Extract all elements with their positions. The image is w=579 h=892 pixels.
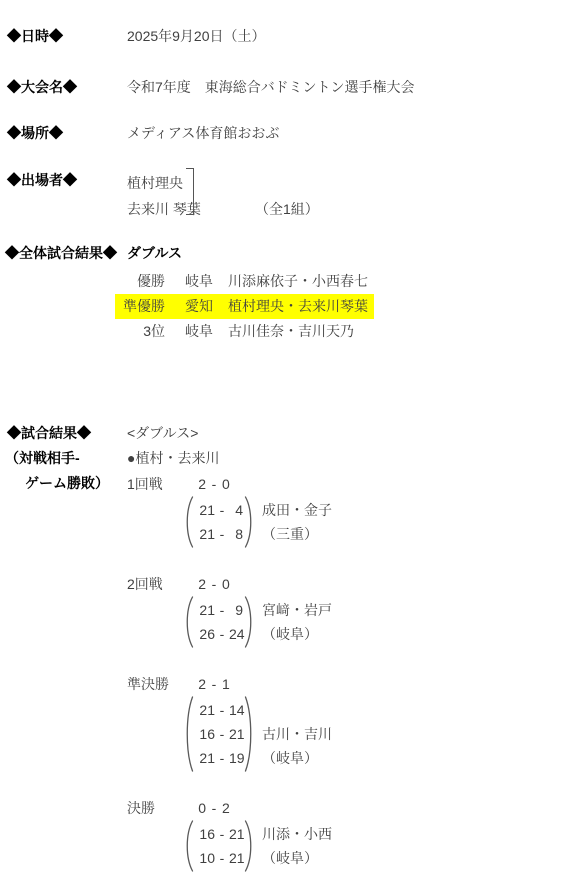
round-label: 決勝	[127, 795, 182, 822]
prefecture-cell: 愛知	[185, 294, 213, 319]
match-header: 2回戦 2 - 0	[127, 571, 332, 598]
game-score-right: 19	[229, 746, 243, 770]
opponent-name: 宮﨑・岩戸	[262, 598, 332, 622]
game-score-row: 21 - 8	[195, 522, 243, 546]
match-block-semifinal: 準決勝 2 - 1 21 - 14 16 - 21	[127, 671, 332, 770]
game-score-row: 21 - 19	[195, 746, 243, 770]
venue-label: ◆場所◆	[7, 123, 63, 143]
opponent-name: 成田・金子	[262, 498, 332, 522]
match-body: 16 - 21 10 - 21 川添・小西 （岐阜）	[182, 822, 332, 870]
game-score-right: 24	[229, 622, 243, 646]
match-body: 21 - 9 26 - 24 宮﨑・岩戸 （岐阜）	[182, 598, 332, 646]
opponent-prefecture: （岐阜）	[262, 846, 332, 870]
match-results-labels: ◆試合結果◆ （対戦相手- ゲーム勝敗）	[5, 421, 109, 496]
game-score-right: 4	[229, 498, 243, 522]
prefecture-cell: 岐阜	[185, 269, 213, 294]
date-label: ◆日時◆	[7, 26, 63, 46]
game-score-left: 21	[195, 698, 215, 722]
opponent-name: 古川・吉川	[262, 722, 332, 746]
match-results-label: ◆試合結果◆	[5, 421, 109, 446]
score-separator: -	[206, 471, 222, 498]
overall-results-label: ◆全体試合結果◆	[5, 243, 117, 263]
game-score-row: 21 - 4	[195, 498, 243, 522]
score-separator: -	[215, 846, 229, 870]
match-score-summary-left: 2	[182, 571, 206, 598]
opponent-spacer	[262, 698, 332, 722]
score-separator: -	[215, 522, 229, 546]
match-score-summary-right: 0	[222, 471, 230, 498]
close-paren-icon	[243, 495, 256, 549]
game-score-right: 8	[229, 522, 243, 546]
players-cell: 古川佳奈・吉川天乃	[228, 319, 354, 344]
rank-cell: 準優勝	[115, 294, 165, 319]
game-score-left: 21	[195, 598, 215, 622]
match-score-summary-left: 0	[182, 795, 206, 822]
close-paren-icon	[243, 595, 256, 649]
date-value: 2025年9月20日（土）	[127, 26, 266, 46]
match-category: <ダブルス>	[127, 421, 332, 446]
open-paren-icon	[182, 595, 195, 649]
match-score-summary-right: 0	[222, 571, 230, 598]
rank-cell: 優勝	[115, 269, 165, 294]
tournament-name-value: 令和7年度 東海総合バドミントン選手権大会	[127, 77, 415, 97]
match-header: 決勝 0 - 2	[127, 795, 332, 822]
match-body: 21 - 4 21 - 8 成田・金子 （三重）	[182, 498, 332, 546]
score-separator: -	[215, 598, 229, 622]
score-separator: -	[215, 822, 229, 846]
match-results-content: <ダブルス> ●植村・去来川 1回戦 2 - 0 21 - 4 2	[127, 421, 332, 892]
overall-results-table: ダブルス 優勝 岐阜 川添麻依子・小西春七 準優勝 愛知 植村理央・去来川琴葉 …	[115, 243, 374, 344]
tournament-name-label: ◆大会名◆	[7, 77, 77, 97]
open-paren-icon	[182, 695, 195, 773]
open-paren-icon	[182, 819, 195, 873]
game-score-right: 9	[229, 598, 243, 622]
players-cell: 植村理央・去来川琴葉	[228, 294, 368, 319]
game-score-row: 10 - 21	[195, 846, 243, 870]
game-score-row: 21 - 14	[195, 698, 243, 722]
tournament-report-page: { "colors": { "highlight": "#ffff00", "b…	[0, 0, 579, 892]
round-label: 準決勝	[127, 671, 182, 698]
match-body: 21 - 14 16 - 21 21 - 19	[182, 698, 332, 770]
game-scores: 21 - 14 16 - 21 21 - 19	[195, 698, 243, 770]
opponent-info: 川添・小西 （岐阜）	[262, 822, 332, 870]
opponent-prefecture: （岐阜）	[262, 622, 332, 646]
game-score-left: 16	[195, 822, 215, 846]
result-row-first: 優勝 岐阜 川添麻依子・小西春七	[115, 269, 374, 294]
game-score-right: 21	[229, 846, 243, 870]
game-score-right: 14	[229, 698, 243, 722]
participants-list: 植村理央 去来川 琴葉 （全1組）	[127, 170, 201, 222]
open-paren-icon	[182, 495, 195, 549]
game-score-left: 21	[195, 498, 215, 522]
game-score-row: 21 - 9	[195, 598, 243, 622]
game-score-left: 10	[195, 846, 215, 870]
match-block-final: 決勝 0 - 2 16 - 21 10 - 21	[127, 795, 332, 870]
players-cell: 川添麻依子・小西春七	[228, 269, 368, 294]
game-score-left: 16	[195, 722, 215, 746]
game-scores: 21 - 4 21 - 8	[195, 498, 243, 546]
venue-value: メディアス体育館おおぶ	[127, 123, 279, 143]
result-row-third: 3位 岐阜 古川佳奈・吉川天乃	[115, 319, 360, 344]
score-separator: -	[215, 698, 229, 722]
game-score-left: 26	[195, 622, 215, 646]
opponent-info: 古川・吉川 （岐阜）	[262, 698, 332, 770]
opponent-info: 成田・金子 （三重）	[262, 498, 332, 546]
score-separator: -	[215, 622, 229, 646]
match-results-sublabel-games: ゲーム勝敗）	[5, 471, 109, 496]
match-score-summary-left: 2	[182, 471, 206, 498]
game-score-left: 21	[195, 522, 215, 546]
team-name: ●植村・去来川	[127, 446, 332, 471]
match-score-summary-left: 2	[182, 671, 206, 698]
match-results-sublabel-opponent: （対戦相手-	[5, 446, 109, 471]
match-block-round1: 1回戦 2 - 0 21 - 4 21 - 8	[127, 471, 332, 546]
round-label: 2回戦	[127, 571, 182, 598]
match-score-summary-right: 2	[222, 795, 230, 822]
match-score-summary-right: 1	[222, 671, 230, 698]
game-scores: 21 - 9 26 - 24	[195, 598, 243, 646]
opponent-prefecture: （三重）	[262, 522, 332, 546]
game-score-row: 16 - 21	[195, 722, 243, 746]
round-label: 1回戦	[127, 471, 182, 498]
score-separator: -	[206, 671, 222, 698]
prefecture-cell: 岐阜	[185, 319, 213, 344]
game-scores: 16 - 21 10 - 21	[195, 822, 243, 870]
opponent-prefecture: （岐阜）	[262, 746, 332, 770]
opponent-name: 川添・小西	[262, 822, 332, 846]
game-score-right: 21	[229, 822, 243, 846]
score-separator: -	[215, 746, 229, 770]
participants-label: ◆出場者◆	[7, 170, 77, 190]
match-header: 1回戦 2 - 0	[127, 471, 332, 498]
game-score-right: 21	[229, 722, 243, 746]
score-separator: -	[206, 795, 222, 822]
score-separator: -	[215, 722, 229, 746]
close-paren-icon	[243, 819, 256, 873]
close-paren-icon	[243, 695, 256, 773]
game-score-row: 26 - 24	[195, 622, 243, 646]
opponent-info: 宮﨑・岩戸 （岐阜）	[262, 598, 332, 646]
pair-bracket-icon	[186, 168, 194, 215]
game-score-left: 21	[195, 746, 215, 770]
match-header: 準決勝 2 - 1	[127, 671, 332, 698]
result-row-second-highlighted: 準優勝 愛知 植村理央・去来川琴葉	[115, 294, 374, 319]
score-separator: -	[206, 571, 222, 598]
match-block-round2: 2回戦 2 - 0 21 - 9 26 - 24	[127, 571, 332, 646]
group-count-note: （全1組）	[255, 196, 319, 222]
score-separator: -	[215, 498, 229, 522]
rank-cell: 3位	[115, 319, 165, 344]
game-score-row: 16 - 21	[195, 822, 243, 846]
overall-category: ダブルス	[127, 243, 374, 269]
